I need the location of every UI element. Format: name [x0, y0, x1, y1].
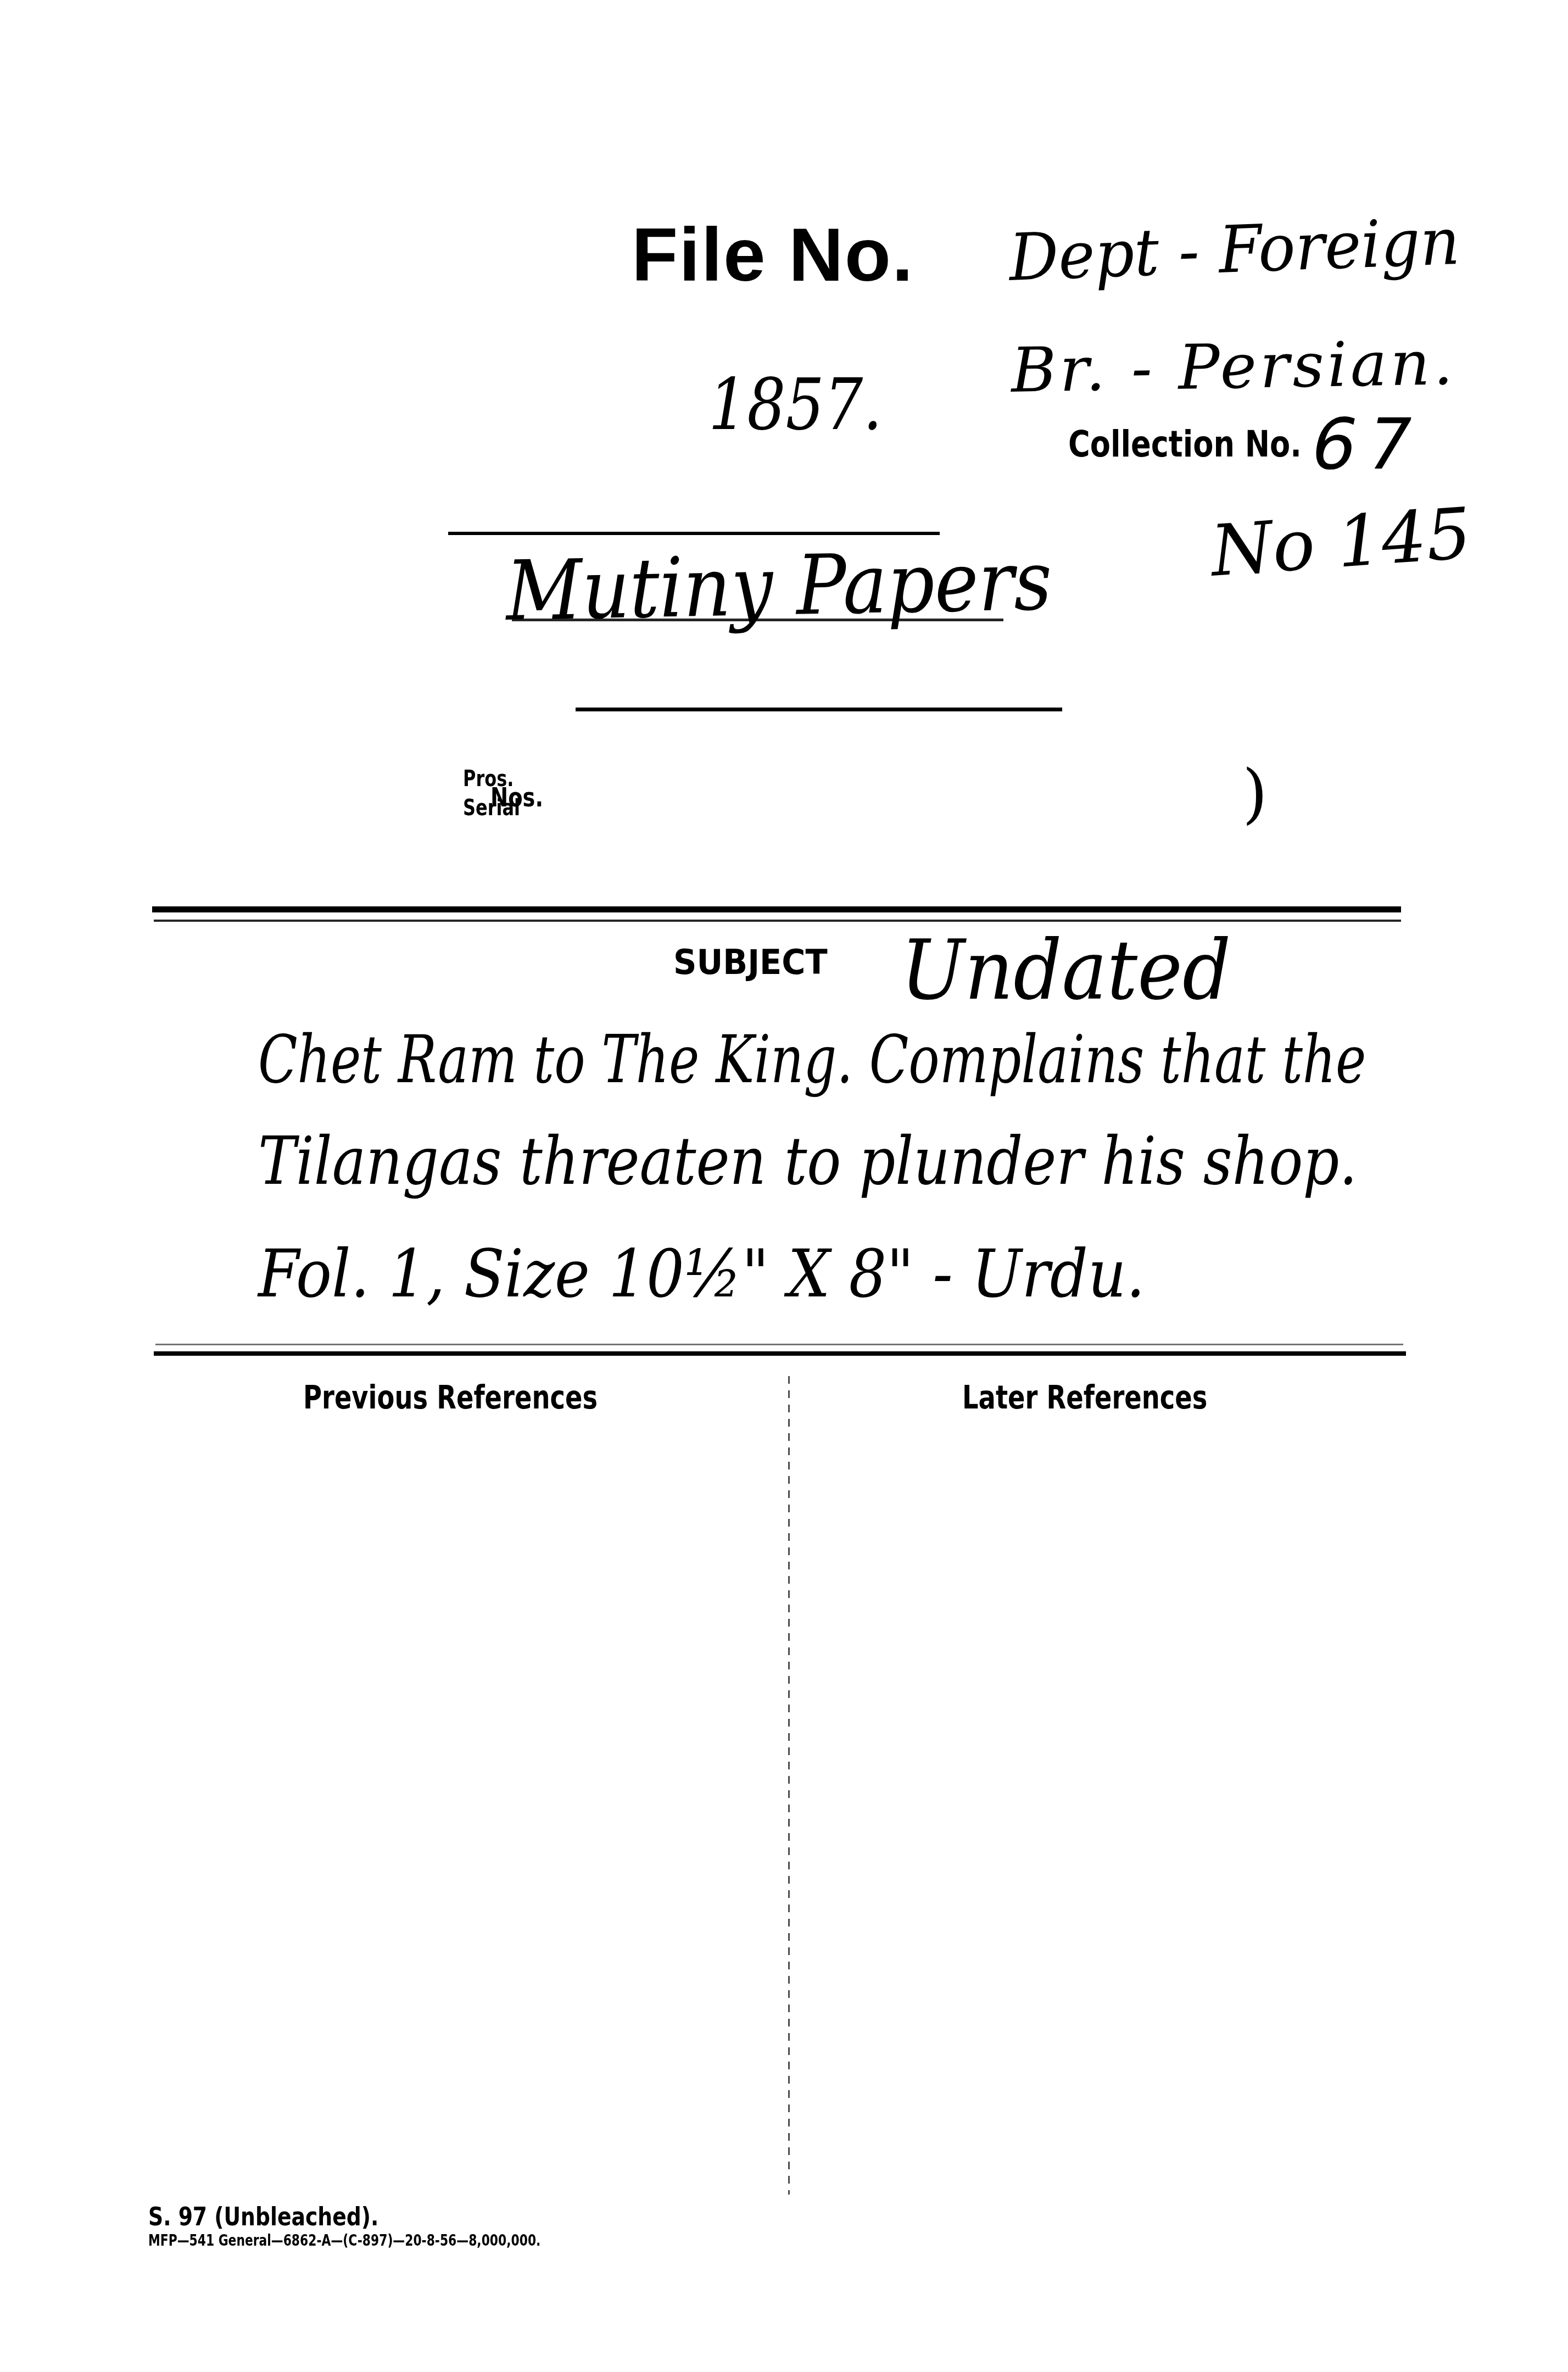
references-column-divider: [788, 1376, 790, 2195]
handwritten-serial-mark: ): [1242, 755, 1268, 831]
title-bottom-rule: [576, 708, 1062, 711]
handwritten-branch: Br. - Persian.: [1011, 327, 1457, 407]
subject-bottom-thin-rule: [155, 1344, 1403, 1345]
footer-print-line: MFP—541 General—6862-A—(C-897)—20-8-56—8…: [148, 2231, 540, 2249]
collection-no-label: Collection No.: [1068, 423, 1302, 465]
subject-top-thick-rule: [152, 906, 1401, 912]
handwritten-subject-date: Undated: [901, 923, 1231, 1018]
handwritten-number: No 145: [1208, 493, 1474, 593]
nos-label: Nos.: [490, 782, 543, 813]
title-top-rule: [448, 532, 940, 535]
handwritten-subject-line-2: Tilangas threaten to plunder his shop.: [258, 1123, 1357, 1200]
subject-top-thin-rule: [154, 920, 1401, 922]
previous-references-label: Previous References: [303, 1379, 598, 1416]
handwritten-year: 1857.: [708, 363, 882, 446]
file-no-label: File No.: [632, 211, 914, 299]
subject-bottom-thick-rule: [154, 1351, 1406, 1356]
handwritten-collection-no: 67: [1303, 404, 1430, 486]
subject-label: SUBJECT: [673, 942, 828, 982]
handwritten-subject-line-3: Fol. 1, Size 10½" X 8" - Urdu.: [258, 1236, 1145, 1312]
footer-form-code: S. 97 (Unbleached).: [148, 2202, 378, 2231]
later-references-label: Later References: [962, 1379, 1207, 1416]
title-underline: [512, 619, 1003, 621]
handwritten-title: Mutiny Papers: [505, 533, 1053, 639]
handwritten-subject-line-1: Chet Ram to The King. Complains that the: [258, 1022, 1366, 1098]
handwritten-dept: Dept - Foreign: [1008, 203, 1461, 296]
